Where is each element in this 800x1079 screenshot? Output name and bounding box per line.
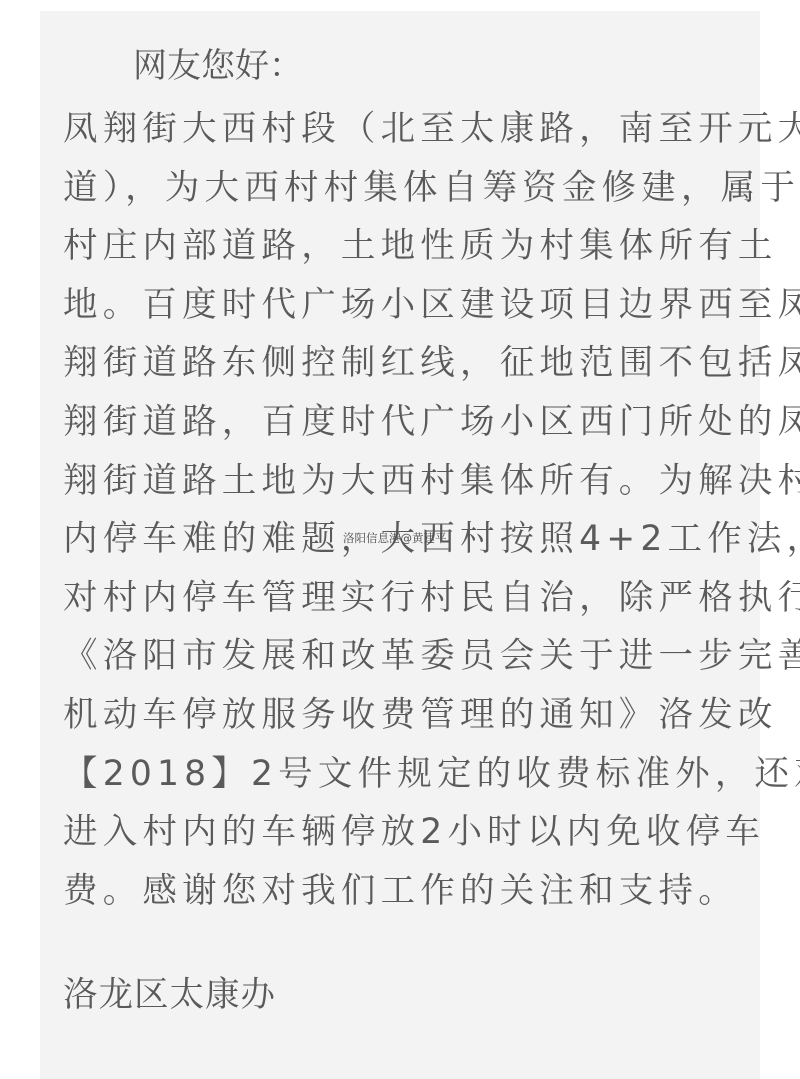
body-line: 地。百度时代广场小区建设项目边界西至凤: [63, 276, 743, 335]
body-line: 《洛阳市发展和改革委员会关于进一步完善: [63, 627, 743, 686]
body-line: 翔街道路土地为大西村集体所有。为解决村: [63, 452, 743, 511]
signature: 洛龙区太康办: [63, 971, 276, 1019]
body-line: 进入村内的车辆停放2小时以内免收停车: [63, 803, 743, 862]
body-line: 费。感谢您对我们工作的关注和支持。: [63, 862, 743, 921]
greeting: 网友您好：: [133, 42, 303, 90]
body-line: 翔街道路，百度时代广场小区西门所处的凤: [63, 393, 743, 452]
body-line: 【2018】2号文件规定的收费标准外，还对: [63, 745, 743, 804]
body-line: 翔街道路东侧控制红线，征地范围不包括凤: [63, 334, 743, 393]
body-line: 凤翔街大西村段（北至太康路，南至开元大: [63, 100, 743, 159]
body-line: 对村内停车管理实行村民自治，除严格执行: [63, 569, 743, 628]
body-line: 机动车停放服务收费管理的通知》洛发改: [63, 686, 743, 745]
body-line: 道），为大西村村集体自筹资金修建，属于: [63, 159, 743, 218]
reply-body: 凤翔街大西村段（北至太康路，南至开元大 道），为大西村村集体自筹资金修建，属于 …: [63, 100, 743, 920]
watermark: 洛阳信息港@黄建平: [343, 530, 447, 546]
body-line: 村庄内部道路，土地性质为村集体所有土: [63, 217, 743, 276]
